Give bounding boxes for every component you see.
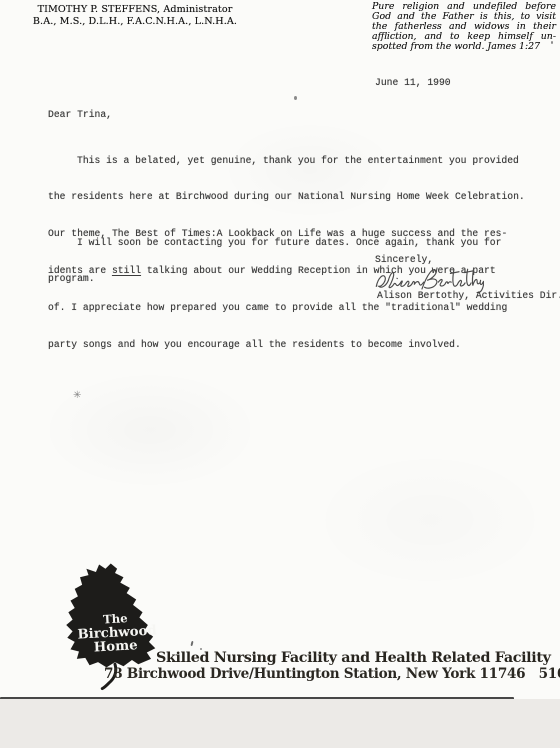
body-line: the residents here at Birchwood during o…: [48, 191, 525, 203]
scanner-background: [0, 699, 560, 748]
body-line: party songs and how you encourage all th…: [48, 339, 525, 351]
footer-address-line: 78 Birchwood Drive/Huntington Station, N…: [104, 666, 560, 682]
letter-date: June 11, 1990: [375, 77, 451, 88]
administrator-name: TIMOTHY P. STEFFENS, Administrator: [28, 4, 242, 16]
body-line: I will soon be contacting you for future…: [48, 237, 501, 249]
letterhead-verse: Pure religion and undefiled before God a…: [372, 2, 556, 52]
scan-speckle: [294, 96, 297, 100]
typed-signature: Alison Bertothy, Activities Dir.: [377, 290, 560, 301]
salutation: Dear Trina,: [48, 109, 112, 120]
scan-speckle: [551, 41, 553, 44]
administrator-credentials: B.A., M.S., D.L.H., F.A.C.N.H.A., L.N.H.…: [28, 16, 242, 28]
body-line: This is a belated, yet genuine, thank yo…: [48, 155, 525, 167]
footer-facility-line: Skilled Nursing Facility and Health Rela…: [156, 650, 551, 666]
scan-smudge-asterisk: ✳: [73, 390, 85, 402]
scan-speckle: [190, 641, 193, 646]
logo-text-home: Home: [93, 638, 137, 655]
verse-line: spotted from the world. James 1:27: [372, 42, 556, 52]
letterhead-administrator: TIMOTHY P. STEFFENS, Administrator B.A.,…: [28, 4, 242, 28]
scanned-letter-page: TIMOTHY P. STEFFENS, Administrator B.A.,…: [0, 0, 560, 748]
